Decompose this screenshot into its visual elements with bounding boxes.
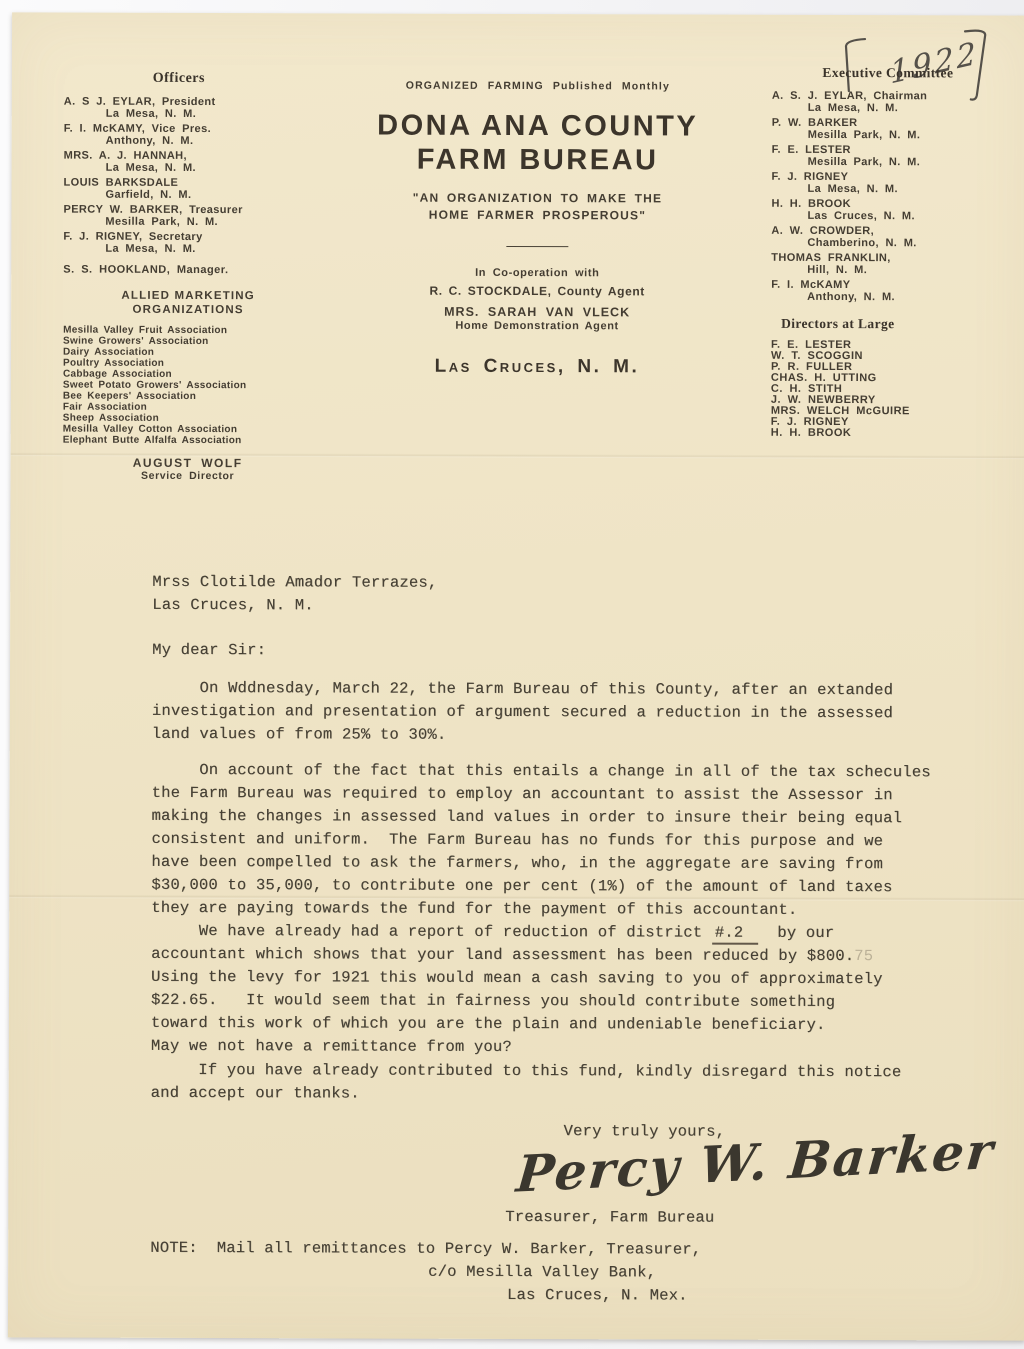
member-name: A. S. J. EYLAR, Chairman xyxy=(772,90,1020,103)
officer-entry: A. S J. EYLAR, PresidentLa Mesa, N. M. xyxy=(64,96,372,121)
letterhead-right-column: Executive Committee A. S. J. EYLAR, Chai… xyxy=(771,65,1020,440)
letter-document: 1922 Officers A. S J. EYLAR, PresidentLa… xyxy=(8,12,1024,1340)
body-line: have been compelled to ask the farmers, … xyxy=(151,851,981,877)
body-line-with-fill-in: We have already had a report of reductio… xyxy=(151,920,981,946)
home-demo-agent-role: Home Demonstration Agent xyxy=(363,320,711,333)
body-line: Using the levy for 1921 this would mean … xyxy=(151,966,981,992)
directors-at-large-list: F. E. LESTERW. T. SCOGGINP. R. FULLERCHA… xyxy=(771,340,1019,440)
member-location: Las Cruces, N. M. xyxy=(771,210,1019,223)
body-line: investigation and presentation of argume… xyxy=(152,700,982,726)
body-line: making the changes in assessed land valu… xyxy=(152,805,982,831)
association-list: Mesilla Valley Fruit AssociationSwine Gr… xyxy=(63,325,371,447)
paragraph-3: We have already had a report of reductio… xyxy=(151,920,981,1061)
member-name: LOUIS BARKSDALE xyxy=(64,177,372,190)
allied-heading-line1: ALLIED MARKETING xyxy=(63,289,313,304)
recipient-city: Las Cruces, N. M. xyxy=(152,594,982,620)
body-line: and accept our thanks. xyxy=(151,1082,981,1108)
signer-title: Treasurer, Farm Bureau xyxy=(150,1205,980,1231)
member-location: Garfield, N. M. xyxy=(63,189,371,202)
body-line: On account of the fact that this entails… xyxy=(152,759,982,785)
body-text-segment: We have already had a report of reductio… xyxy=(151,922,712,942)
member-name: PERCY W. BARKER, Treasurer xyxy=(63,204,371,217)
body-line: $30,000 to 35,000, to contribute one per… xyxy=(151,874,981,900)
publication-tagline: ORGANIZED FARMING Published Monthly xyxy=(364,80,712,93)
committee-member-entry: F. I. McKAMYAnthony, N. M. xyxy=(771,279,1019,304)
member-name: F. E. LESTER xyxy=(772,144,1020,157)
member-location: Chamberino, N. M. xyxy=(771,237,1019,250)
member-location: Mesilla Park, N. M. xyxy=(63,216,371,229)
city-line: Las Cruces, N. M. xyxy=(363,356,711,379)
signer-title-block: Treasurer, Farm Bureau xyxy=(150,1205,980,1231)
organization-title-line2: FARM BUREAU xyxy=(364,143,712,178)
coop-line1: In Co-operation with xyxy=(363,267,711,280)
body-line: consistent and uniform. The Farm Bureau … xyxy=(151,828,981,854)
member-location: Mesilla Park, N. M. xyxy=(772,156,1020,169)
allied-marketing-heading: ALLIED MARKETING ORGANIZATIONS xyxy=(63,289,313,318)
member-location: Mesilla Park, N. M. xyxy=(772,129,1020,142)
member-name: F. I. McKAMY, Vice Pres. xyxy=(64,123,372,136)
member-name: F. J. RIGNEY, Secretary xyxy=(63,231,371,244)
recipient-name: Mrss Clotilde Amador Terrazes, xyxy=(152,571,982,597)
motto-line1: "AN ORGANIZATION TO MAKE THE xyxy=(363,190,711,208)
salutation: My dear Sir: xyxy=(152,639,982,665)
member-name: MRS. A. J. HANNAH, xyxy=(64,150,372,163)
manager-line: S. S. HOOKLAND, Manager. xyxy=(63,264,371,277)
committee-member-entry: THOMAS FRANKLIN,Hill, N. M. xyxy=(771,252,1019,277)
officer-entry: LOUIS BARKSDALEGarfield, N. M. xyxy=(63,177,371,202)
service-director-role: Service Director xyxy=(63,470,313,483)
member-name: H. H. BROOK xyxy=(771,198,1019,211)
member-location: Anthony, N. M. xyxy=(771,291,1019,304)
cooperation-block: In Co-operation with R. C. STOCKDALE, Co… xyxy=(363,267,711,333)
committee-member-entry: P. W. BARKERMesilla Park, N. M. xyxy=(772,117,1020,142)
member-location: La Mesa, N. M. xyxy=(772,183,1020,196)
body-line: toward this work of which you are the pl… xyxy=(151,1012,981,1038)
paragraph-3-rest: Using the levy for 1921 this would mean … xyxy=(151,966,981,1061)
paragraph-1: On Wddnesday, March 22, the Farm Bureau … xyxy=(152,677,982,749)
paragraph-4: If you have already contributed to this … xyxy=(151,1059,981,1108)
note-block: NOTE: Mail all remittances to Percy W. B… xyxy=(150,1237,980,1309)
letterhead-left-column: Officers A. S J. EYLAR, PresidentLa Mesa… xyxy=(63,71,372,483)
service-director-name: AUGUST WOLF xyxy=(63,456,313,471)
member-location: La Mesa, N. M. xyxy=(63,243,371,256)
member-name: F. I. McKAMY xyxy=(771,279,1019,292)
committee-member-entry: A. S. J. EYLAR, ChairmanLa Mesa, N. M. xyxy=(772,90,1020,115)
committee-member-entry: A. W. CROWDER,Chamberino, N. M. xyxy=(771,225,1019,250)
allied-heading-line2: ORGANIZATIONS xyxy=(63,303,313,318)
body-line: land values of from 25% to 30%. xyxy=(152,723,982,749)
service-director-block: AUGUST WOLF Service Director xyxy=(63,456,313,483)
directors-at-large-heading: Directors at Large xyxy=(781,316,1019,333)
member-name: THOMAS FRANKLIN, xyxy=(771,252,1019,265)
letterhead-center-column: ORGANIZED FARMING Published Monthly DONA… xyxy=(363,80,712,379)
body-line: On Wddnesday, March 22, the Farm Bureau … xyxy=(152,677,982,703)
member-name: P. W. BARKER xyxy=(772,117,1020,130)
body-line: $22.65. It would seem that in fairness y… xyxy=(151,989,981,1015)
faded-cents-digits: 75 xyxy=(854,947,873,965)
body-text-segment: accountant which shows that your land as… xyxy=(151,945,816,965)
motto-line2: HOME FARMER PROSPEROUS" xyxy=(363,207,711,225)
county-agent-line: R. C. STOCKDALE, County Agent xyxy=(363,284,711,299)
scanner-background: 1922 Officers A. S J. EYLAR, PresidentLa… xyxy=(0,0,1024,1349)
executive-committee-list: A. S. J. EYLAR, ChairmanLa Mesa, N. M.P.… xyxy=(771,90,1020,304)
body-line: May we not have a remittance from you? xyxy=(151,1035,981,1061)
member-name: A. W. CROWDER, xyxy=(771,225,1019,238)
officers-heading: Officers xyxy=(64,71,294,88)
officer-entry: MRS. A. J. HANNAH,La Mesa, N. M. xyxy=(64,150,372,175)
note-line1: NOTE: Mail all remittances to Percy W. B… xyxy=(150,1237,980,1263)
body-line: If you have already contributed to this … xyxy=(151,1059,981,1085)
recipient-address-block: Mrss Clotilde Amador Terrazes, Las Cruce… xyxy=(152,571,982,620)
officers-list: A. S J. EYLAR, PresidentLa Mesa, N. M.F.… xyxy=(63,96,371,256)
member-name: A. S J. EYLAR, President xyxy=(64,96,372,109)
executive-committee-heading: Executive Committee xyxy=(772,65,1004,82)
association-entry: Elephant Butte Alfalfa Association xyxy=(63,435,371,447)
organization-motto: "AN ORGANIZATION TO MAKE THE HOME FARMER… xyxy=(363,190,711,225)
reduction-amount: 800. xyxy=(816,947,854,965)
body-line: they are paying towards the fund for the… xyxy=(151,897,981,923)
divider-rule xyxy=(506,246,568,247)
paragraph-2: On account of the fact that this entails… xyxy=(151,759,982,923)
officer-entry: F. J. RIGNEY, SecretaryLa Mesa, N. M. xyxy=(63,231,371,256)
home-demo-agent-name: MRS. SARAH VAN VLECK xyxy=(363,305,711,320)
officer-entry: F. I. McKAMY, Vice Pres.Anthony, N. M. xyxy=(64,123,372,148)
member-location: La Mesa, N. M. xyxy=(772,102,1020,115)
committee-member-entry: H. H. BROOKLas Cruces, N. M. xyxy=(771,198,1019,223)
organization-title: DONA ANA COUNTY FARM BUREAU xyxy=(364,109,712,178)
member-location: Hill, N. M. xyxy=(771,264,1019,277)
director-entry: H. H. BROOK xyxy=(771,428,1019,440)
district-number-fill-in: #.2 xyxy=(712,924,759,945)
committee-member-entry: F. J. RIGNEYLa Mesa, N. M. xyxy=(772,171,1020,196)
note-line2: c/o Mesilla Valley Bank, xyxy=(150,1260,980,1286)
salutation-line: My dear Sir: xyxy=(152,639,982,665)
member-location: La Mesa, N. M. xyxy=(64,162,372,175)
note-line3: Las Cruces, N. Mex. xyxy=(150,1283,980,1309)
organization-title-line1: DONA ANA COUNTY xyxy=(364,109,712,144)
body-line: the Farm Bureau was required to employ a… xyxy=(152,782,982,808)
officer-entry: PERCY W. BARKER, TreasurerMesilla Park, … xyxy=(63,204,371,229)
body-line-with-amount: accountant which shows that your land as… xyxy=(151,943,981,969)
member-location: Anthony, N. M. xyxy=(64,135,372,148)
member-location: La Mesa, N. M. xyxy=(64,108,372,121)
member-name: F. J. RIGNEY xyxy=(772,171,1020,184)
committee-member-entry: F. E. LESTERMesilla Park, N. M. xyxy=(772,144,1020,169)
body-text-segment: by our xyxy=(758,924,834,942)
